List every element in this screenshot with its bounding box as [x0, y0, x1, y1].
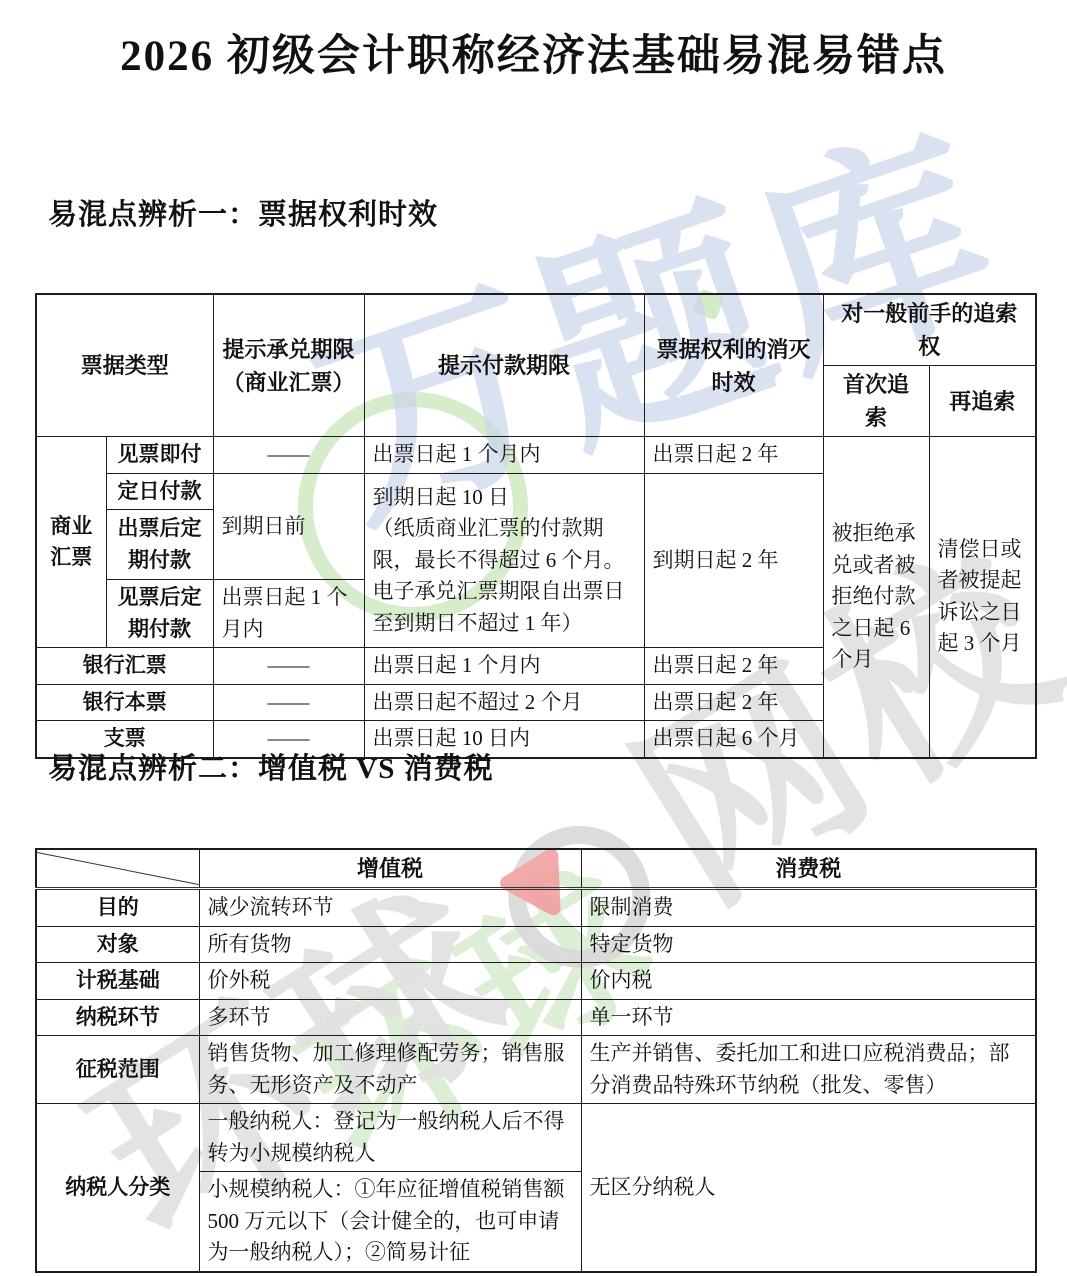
- cell-con-tax-basis: 价内税: [581, 963, 1036, 1000]
- cell-con-tax-scope: 生产并销售、委托加工和进口应税消费品；部分消费品特殊环节纳税（批发、零售）: [581, 1036, 1036, 1104]
- header-bill-type: 票据类型: [36, 294, 213, 437]
- section2-heading: 易混点辨析二：增值税 VS 消费税: [48, 746, 494, 787]
- row-label-purpose: 目的: [36, 889, 199, 927]
- group-commercial-draft: 商业汇票: [36, 437, 106, 648]
- cell-accept-before-maturity: 到期日前: [213, 473, 364, 580]
- cell-accept-sight: ——: [213, 437, 364, 474]
- cell-pay-merged: 到期日起 10 日 （纸质商业汇票的付款期限，最长不得超过 6 个月。电子承兑汇…: [364, 473, 644, 648]
- bill-rights-table: 票据类型 提示承兑期限（商业汇票） 提示付款期限 票据权利的消灭时效 对一般前手…: [35, 293, 1037, 759]
- cell-con-tax-stage: 单一环节: [581, 999, 1036, 1036]
- cell-vat-tax-stage: 多环节: [199, 999, 581, 1036]
- cell-vat-tax-basis: 价外税: [199, 963, 581, 1000]
- cell-re-recourse: 清偿日或者被提起诉讼之日起 3 个月: [929, 437, 1036, 758]
- cell-vat-taxpayer-general: 一般纳税人：登记为一般纳税人后不得转为小规模纳税人: [199, 1104, 581, 1172]
- cell-vat-purpose: 减少流转环节: [199, 889, 581, 927]
- diagonal-line-icon: [37, 850, 199, 887]
- table-row: 纳税环节 多环节 单一环节: [36, 999, 1036, 1036]
- cell-con-object: 特定货物: [581, 926, 1036, 963]
- cell-type-after-issue: 出票后定期付款: [106, 510, 213, 580]
- header-first-recourse: 首次追索: [823, 366, 929, 437]
- cell-vat-object: 所有货物: [199, 926, 581, 963]
- cell-extinct-sight: 出票日起 2 年: [644, 437, 823, 474]
- table-row: 对象 所有货物 特定货物: [36, 926, 1036, 963]
- vat-vs-consumption-table: 增值税 消费税 目的 减少流转环节 限制消费 对象 所有货物 特定货物 计税基础…: [35, 848, 1037, 1273]
- section1-heading: 易混点辨析一：票据权利时效: [48, 192, 438, 233]
- cell-first-recourse: 被拒绝承兑或者被拒绝付款之日起 6 个月: [823, 437, 929, 758]
- table-row: 纳税人分类 一般纳税人：登记为一般纳税人后不得转为小规模纳税人 无区分纳税人: [36, 1104, 1036, 1172]
- table-row: 目的 减少流转环节 限制消费: [36, 889, 1036, 927]
- cell-extinct-bank-note: 出票日起 2 年: [644, 684, 823, 721]
- cell-extinct-bank-draft: 出票日起 2 年: [644, 648, 823, 685]
- cell-accept-bank-draft: ——: [213, 648, 364, 685]
- table-row: 计税基础 价外税 价内税: [36, 963, 1036, 1000]
- row-label-object: 对象: [36, 926, 199, 963]
- cell-con-purpose: 限制消费: [581, 889, 1036, 927]
- row-label-taxpayer-class: 纳税人分类: [36, 1104, 199, 1272]
- cell-type-sight: 见票即付: [106, 437, 213, 474]
- page-title: 2026 初级会计职称经济法基础易混易错点: [0, 22, 1067, 83]
- cell-type-bank-note: 银行本票: [36, 684, 213, 721]
- cell-pay-bank-draft: 出票日起 1 个月内: [364, 648, 644, 685]
- cell-con-taxpayer: 无区分纳税人: [581, 1104, 1036, 1272]
- header-extinction-period: 票据权利的消灭时效: [644, 294, 823, 437]
- cell-accept-bank-note: ——: [213, 684, 364, 721]
- cell-vat-tax-scope: 销售货物、加工修理修配劳务；销售服务、无形资产及不动产: [199, 1036, 581, 1104]
- document-page: 万题库 环球 环球 网校 2026 初级会计职称经济法基础易混易错点 易混点辨析…: [0, 0, 1067, 1276]
- header-re-recourse: 再追索: [929, 366, 1036, 437]
- cell-accept-after-sight: 出票日起 1 个月内: [213, 580, 364, 648]
- table-row: 征税范围 销售货物、加工修理修配劳务；销售服务、无形资产及不动产 生产并销售、委…: [36, 1036, 1036, 1104]
- cell-type-bank-draft: 银行汇票: [36, 648, 213, 685]
- cell-type-fixed-date: 定日付款: [106, 473, 213, 510]
- cell-vat-taxpayer-small: 小规模纳税人：①年应征增值税销售额 500 万元以下（会计健全的，也可申请为一般…: [199, 1172, 581, 1272]
- cell-extinct-merged: 到期日起 2 年: [644, 473, 823, 648]
- document-content: 2026 初级会计职称经济法基础易混易错点 易混点辨析一：票据权利时效 票据类型…: [0, 0, 1067, 1276]
- cell-pay-sight: 出票日起 1 个月内: [364, 437, 644, 474]
- cell-pay-bank-note: 出票日起不超过 2 个月: [364, 684, 644, 721]
- row-label-tax-scope: 征税范围: [36, 1036, 199, 1104]
- header-vat: 增值税: [199, 849, 581, 889]
- table-row: 商业汇票 见票即付 —— 出票日起 1 个月内 出票日起 2 年 被拒绝承兑或者…: [36, 437, 1036, 474]
- header-payment-period: 提示付款期限: [364, 294, 644, 437]
- cell-type-after-sight: 见票后定期付款: [106, 580, 213, 648]
- cell-extinct-cheque: 出票日起 6 个月: [644, 721, 823, 758]
- header-consumption: 消费税: [581, 849, 1036, 889]
- header-recourse-group: 对一般前手的追索权: [823, 294, 1036, 366]
- row-label-tax-basis: 计税基础: [36, 963, 199, 1000]
- header-acceptance-period: 提示承兑期限（商业汇票）: [213, 294, 364, 437]
- row-label-tax-stage: 纳税环节: [36, 999, 199, 1036]
- diagonal-header-cell: [36, 849, 199, 889]
